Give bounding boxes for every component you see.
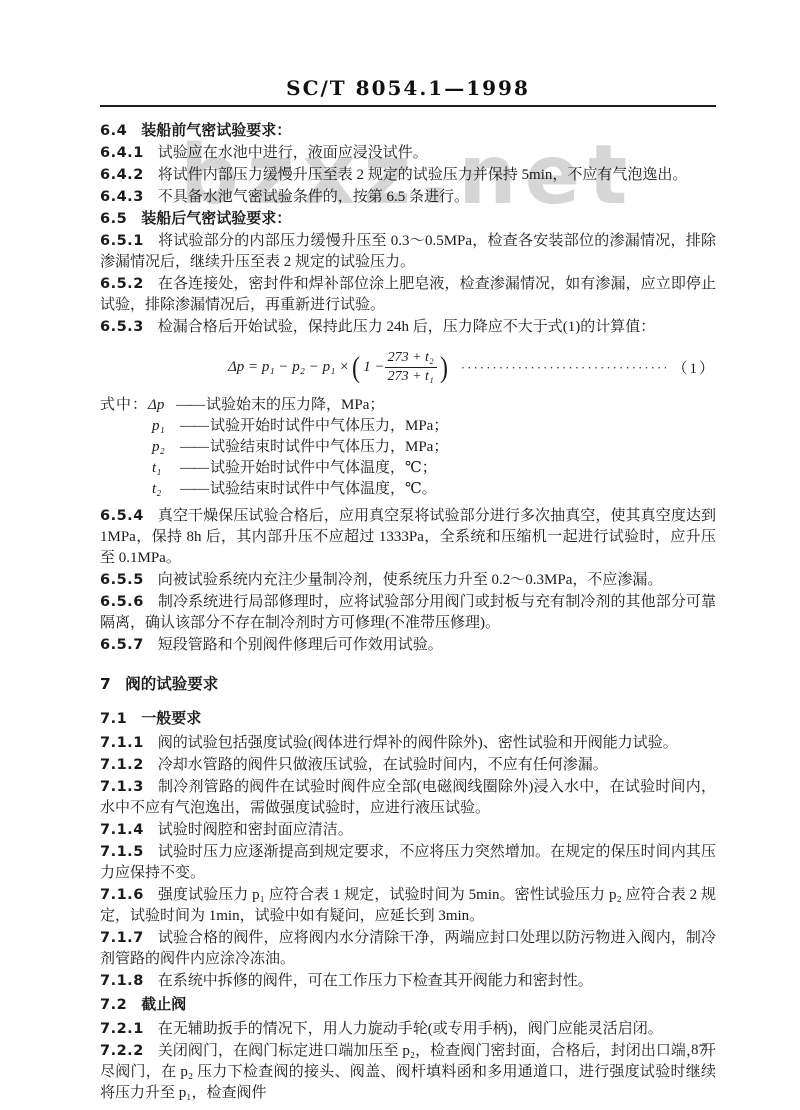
symbol: p₂ bbox=[152, 437, 178, 458]
clause-text: 真空干燥保压试验合格后，应用真空泵将试验部分进行多次抽真空，使其真空度达到 1M… bbox=[100, 508, 716, 566]
clause-number: 6.5.5 bbox=[100, 572, 144, 588]
clause-number: 6.5.6 bbox=[100, 594, 144, 610]
dash: —— bbox=[180, 481, 208, 497]
clause-text: 检漏合格后开始试验，保持此压力 24h 后，压力降应不大于式(1)的计算值： bbox=[158, 319, 656, 335]
clause-7-1-5: 7.1.5试验时压力应逐渐提高到规定要求，不应将压力突然增加。在规定的保压时间内… bbox=[100, 842, 716, 884]
clause-6-4-2: 6.4.2将试件内部压力缓慢升压至表 2 规定的试验压力并保持 5min，不应有… bbox=[100, 165, 716, 186]
open-paren: ( bbox=[351, 353, 362, 383]
symbol: p₁ bbox=[152, 416, 178, 437]
clause-text: 装船前气密试验要求： bbox=[141, 123, 291, 139]
dash: —— bbox=[180, 418, 208, 434]
header-rule bbox=[100, 105, 716, 107]
clause-number: 7.1.8 bbox=[100, 973, 144, 989]
clause-number: 7.2.2 bbox=[100, 1043, 144, 1059]
clause-7-1-8: 7.1.8在系统中拆修的阀件，可在工作压力下检查其开阀能力和密封性。 bbox=[100, 971, 716, 992]
clause-number: 6.4.1 bbox=[100, 145, 144, 161]
clause-6-5-2: 6.5.2在各连接处，密封件和焊补部位涂上肥皂液，检查渗漏情况，如有渗漏，应立即… bbox=[100, 274, 716, 316]
dash: —— bbox=[180, 439, 208, 455]
equation-dots-leader: ········································… bbox=[461, 360, 667, 376]
clause-text: 试验时阀腔和密封面应清洁。 bbox=[158, 822, 353, 838]
standard-number-header: SC/T 8054.1—1998 bbox=[100, 76, 716, 100]
clause-7-2-2: 7.2.2关闭阀门，在阀门标定进口端加压至 p₂，检查阀门密封面，合格后，封闭出… bbox=[100, 1041, 716, 1104]
clause-7-1-4: 7.1.4试验时阀腔和密封面应清洁。 bbox=[100, 820, 716, 841]
symbol: t₁ bbox=[152, 458, 178, 479]
clause-text: 试验合格的阀件，应将阀内水分清除干净，两端应封口处理以防污物进入阀内，制冷剂管路… bbox=[100, 930, 716, 967]
clause-6-4-1: 6.4.1试验应在水池中进行，液面应浸没试件。 bbox=[100, 143, 716, 164]
clause-6-5-7: 6.5.7短段管路和个别阀件修理后可作效用试验。 bbox=[100, 635, 716, 656]
clause-number: 7.1.7 bbox=[100, 930, 144, 946]
clause-number: 7.1.1 bbox=[100, 735, 144, 751]
fraction-numerator: 273 + t₂ bbox=[385, 350, 437, 368]
clause-text: 短段管路和个别阀件修理后可作效用试验。 bbox=[158, 637, 443, 653]
close-paren: ) bbox=[438, 353, 449, 383]
clause-text: 阀的试验包括强度试验(阀体进行焊补的阀件除外)、密性试验和开阀能力试验。 bbox=[158, 735, 678, 751]
document-content: SC/T 8054.1—1998 6.4装船前气密试验要求： 6.4.1试验应在… bbox=[100, 76, 716, 1105]
clause-number: 7.1.4 bbox=[100, 822, 144, 838]
clause-text: 试验时压力应逐渐提高到规定要求，不应将压力突然增加。在规定的保压时间内其压力应保… bbox=[100, 844, 716, 881]
clause-number: 7.2 bbox=[100, 997, 127, 1013]
clause-6-5-1: 6.5.1将试验部分的内部压力缓慢升压至 0.3～0.5MPa，检查各安装部位的… bbox=[100, 231, 716, 273]
symbol-definitions: 式中：Δp——试验始末的压力降，MPa； p₁——试验开始时试件中气体压力，MP… bbox=[100, 395, 716, 500]
definition-row: p₁——试验开始时试件中气体压力，MPa； bbox=[100, 416, 716, 437]
clause-number: 7 bbox=[100, 675, 111, 693]
clause-text: 制冷剂管路的阀件在试验时阀件应全部(电磁阀线圈除外)浸入水中，在试验时间内，水中… bbox=[100, 779, 716, 816]
clause-7-1-6: 7.1.6强度试验压力 p₁ 应符合表 1 规定，试验时间为 5min。密性试验… bbox=[100, 885, 716, 927]
dash: —— bbox=[176, 397, 204, 413]
clause-number: 6.5.1 bbox=[100, 233, 144, 249]
clause-number: 6.5 bbox=[100, 211, 127, 227]
clause-text: 装船后气密试验要求： bbox=[141, 211, 291, 227]
clause-text: 截止阀 bbox=[141, 997, 186, 1013]
clause-number: 7.1.6 bbox=[100, 887, 144, 903]
clause-6-4: 6.4装船前气密试验要求： bbox=[100, 121, 716, 142]
clause-number: 7.1.5 bbox=[100, 844, 144, 860]
clause-number: 6.5.3 bbox=[100, 319, 144, 335]
symbol-description: 试验结束时试件中气体温度，℃。 bbox=[210, 481, 437, 497]
clause-6-5-4: 6.5.4真空干燥保压试验合格后，应用真空泵将试验部分进行多次抽真空，使其真空度… bbox=[100, 506, 716, 569]
clause-number: 7.1 bbox=[100, 711, 127, 727]
equation-number: （1） bbox=[672, 357, 716, 378]
clause-text: 阀的试验要求 bbox=[125, 676, 218, 693]
clause-6-5: 6.5装船后气密试验要求： bbox=[100, 209, 716, 230]
clause-text: 将试件内部压力缓慢升压至表 2 规定的试验压力并保持 5min，不应有气泡逸出。 bbox=[158, 167, 688, 183]
clause-7-1-1: 7.1.1阀的试验包括强度试验(阀体进行焊补的阀件除外)、密性试验和开阀能力试验… bbox=[100, 733, 716, 754]
clause-text: 在系统中拆修的阀件，可在工作压力下检查其开阀能力和密封性。 bbox=[158, 973, 593, 989]
equation-expression: Δp = p₁ − p₂ − p₁ × ( 1 − 273 + t₂273 + … bbox=[228, 350, 451, 385]
clause-text: 一般要求 bbox=[141, 711, 201, 727]
clause-number: 6.4 bbox=[100, 123, 127, 139]
clause-text: 冷却水管路的阀件只做液压试验，在试验时间内，不应有任何渗漏。 bbox=[158, 757, 608, 773]
symbol-description: 试验开始时试件中气体温度，℃； bbox=[210, 460, 437, 476]
clause-text: 在各连接处，密封件和焊补部位涂上肥皂液，检查渗漏情况，如有渗漏，应立即停止试验，… bbox=[100, 276, 716, 313]
clause-7-1-2: 7.1.2冷却水管路的阀件只做液压试验，在试验时间内，不应有任何渗漏。 bbox=[100, 755, 716, 776]
clause-number: 6.5.2 bbox=[100, 276, 144, 292]
clause-text: 在无辅助扳手的情况下，用人力旋动手轮(或专用手柄)，阀门应能灵活启闭。 bbox=[158, 1021, 663, 1037]
dash: —— bbox=[180, 460, 208, 476]
clause-number: 7.1.3 bbox=[100, 779, 144, 795]
symbol-description: 试验始末的压力降，MPa； bbox=[206, 397, 384, 413]
definition-row: 式中：Δp——试验始末的压力降，MPa； bbox=[100, 395, 716, 416]
document-page: bzxz.net SC/T 8054.1—1998 6.4装船前气密试验要求： … bbox=[0, 0, 800, 1110]
clause-number: 6.5.4 bbox=[100, 508, 144, 524]
symbol: t₂ bbox=[152, 479, 178, 500]
clause-6-5-6: 6.5.6制冷系统进行局部修理时，应将试验部分用阀门或封板与充有制冷剂的其他部分… bbox=[100, 592, 716, 634]
definition-row: t₂——试验结束时试件中气体温度，℃。 bbox=[100, 479, 716, 500]
fraction-denominator: 273 + t₁ bbox=[385, 368, 437, 385]
clause-number: 7.1.2 bbox=[100, 757, 144, 773]
symbol-description: 试验开始时试件中气体压力，MPa； bbox=[210, 418, 448, 434]
clause-text: 关闭阀门，在阀门标定进口端加压至 p₂，检查阀门密封面，合格后，封闭出口端，开尽… bbox=[100, 1043, 716, 1101]
clause-7-1-3: 7.1.3制冷剂管路的阀件在试验时阀件应全部(电磁阀线圈除外)浸入水中，在试验时… bbox=[100, 777, 716, 819]
clause-7-2: 7.2截止阀 bbox=[100, 995, 716, 1016]
definition-row: p₂——试验结束时试件中气体压力，MPa； bbox=[100, 437, 716, 458]
clause-6-4-3: 6.4.3不具备水池气密试验条件的，按第 6.5 条进行。 bbox=[100, 187, 716, 208]
clause-text: 不具备水池气密试验条件的，按第 6.5 条进行。 bbox=[158, 189, 469, 205]
definition-row: t₁——试验开始时试件中气体温度，℃； bbox=[100, 458, 716, 479]
equation-lhs: Δp = p₁ − p₂ − p₁ × bbox=[228, 359, 349, 376]
equation-1: Δp = p₁ − p₂ − p₁ × ( 1 − 273 + t₂273 + … bbox=[100, 350, 716, 385]
where-label: 式中： bbox=[100, 397, 148, 413]
clause-7-2-1: 7.2.1在无辅助扳手的情况下，用人力旋动手轮(或专用手柄)，阀门应能灵活启闭。 bbox=[100, 1019, 716, 1040]
clause-7-1-7: 7.1.7试验合格的阀件，应将阀内水分清除干净，两端应封口处理以防污物进入阀内，… bbox=[100, 928, 716, 970]
clause-text: 制冷系统进行局部修理时，应将试验部分用阀门或封板与充有制冷剂的其他部分可靠隔离，… bbox=[100, 594, 716, 631]
section-7-heading: 7阀的试验要求 bbox=[100, 674, 716, 696]
equation-inner-lead: 1 − bbox=[363, 359, 384, 376]
symbol: Δp bbox=[148, 395, 174, 416]
clause-number: 6.4.2 bbox=[100, 167, 144, 183]
clause-7-1: 7.1一般要求 bbox=[100, 709, 716, 730]
clause-number: 7.2.1 bbox=[100, 1021, 144, 1037]
clause-6-5-3: 6.5.3检漏合格后开始试验，保持此压力 24h 后，压力降应不大于式(1)的计… bbox=[100, 317, 716, 338]
clause-number: 6.5.7 bbox=[100, 637, 144, 653]
clause-text: 向被试验系统内充注少量制冷剂，使系统压力升至 0.2～0.3MPa，不应渗漏。 bbox=[158, 572, 663, 588]
clause-number: 6.4.3 bbox=[100, 189, 144, 205]
clause-text: 试验应在水池中进行，液面应浸没试件。 bbox=[158, 145, 428, 161]
clause-text: 强度试验压力 p₁ 应符合表 1 规定，试验时间为 5min。密性试验压力 p₂… bbox=[100, 887, 716, 924]
clause-6-5-5: 6.5.5向被试验系统内充注少量制冷剂，使系统压力升至 0.2～0.3MPa，不… bbox=[100, 570, 716, 591]
fraction: 273 + t₂273 + t₁ bbox=[385, 350, 437, 385]
clause-text: 将试验部分的内部压力缓慢升压至 0.3～0.5MPa，检查各安装部位的渗漏情况，… bbox=[100, 233, 716, 270]
page-number: 87 bbox=[691, 1042, 706, 1059]
symbol-description: 试验结束时试件中气体压力，MPa； bbox=[210, 439, 448, 455]
